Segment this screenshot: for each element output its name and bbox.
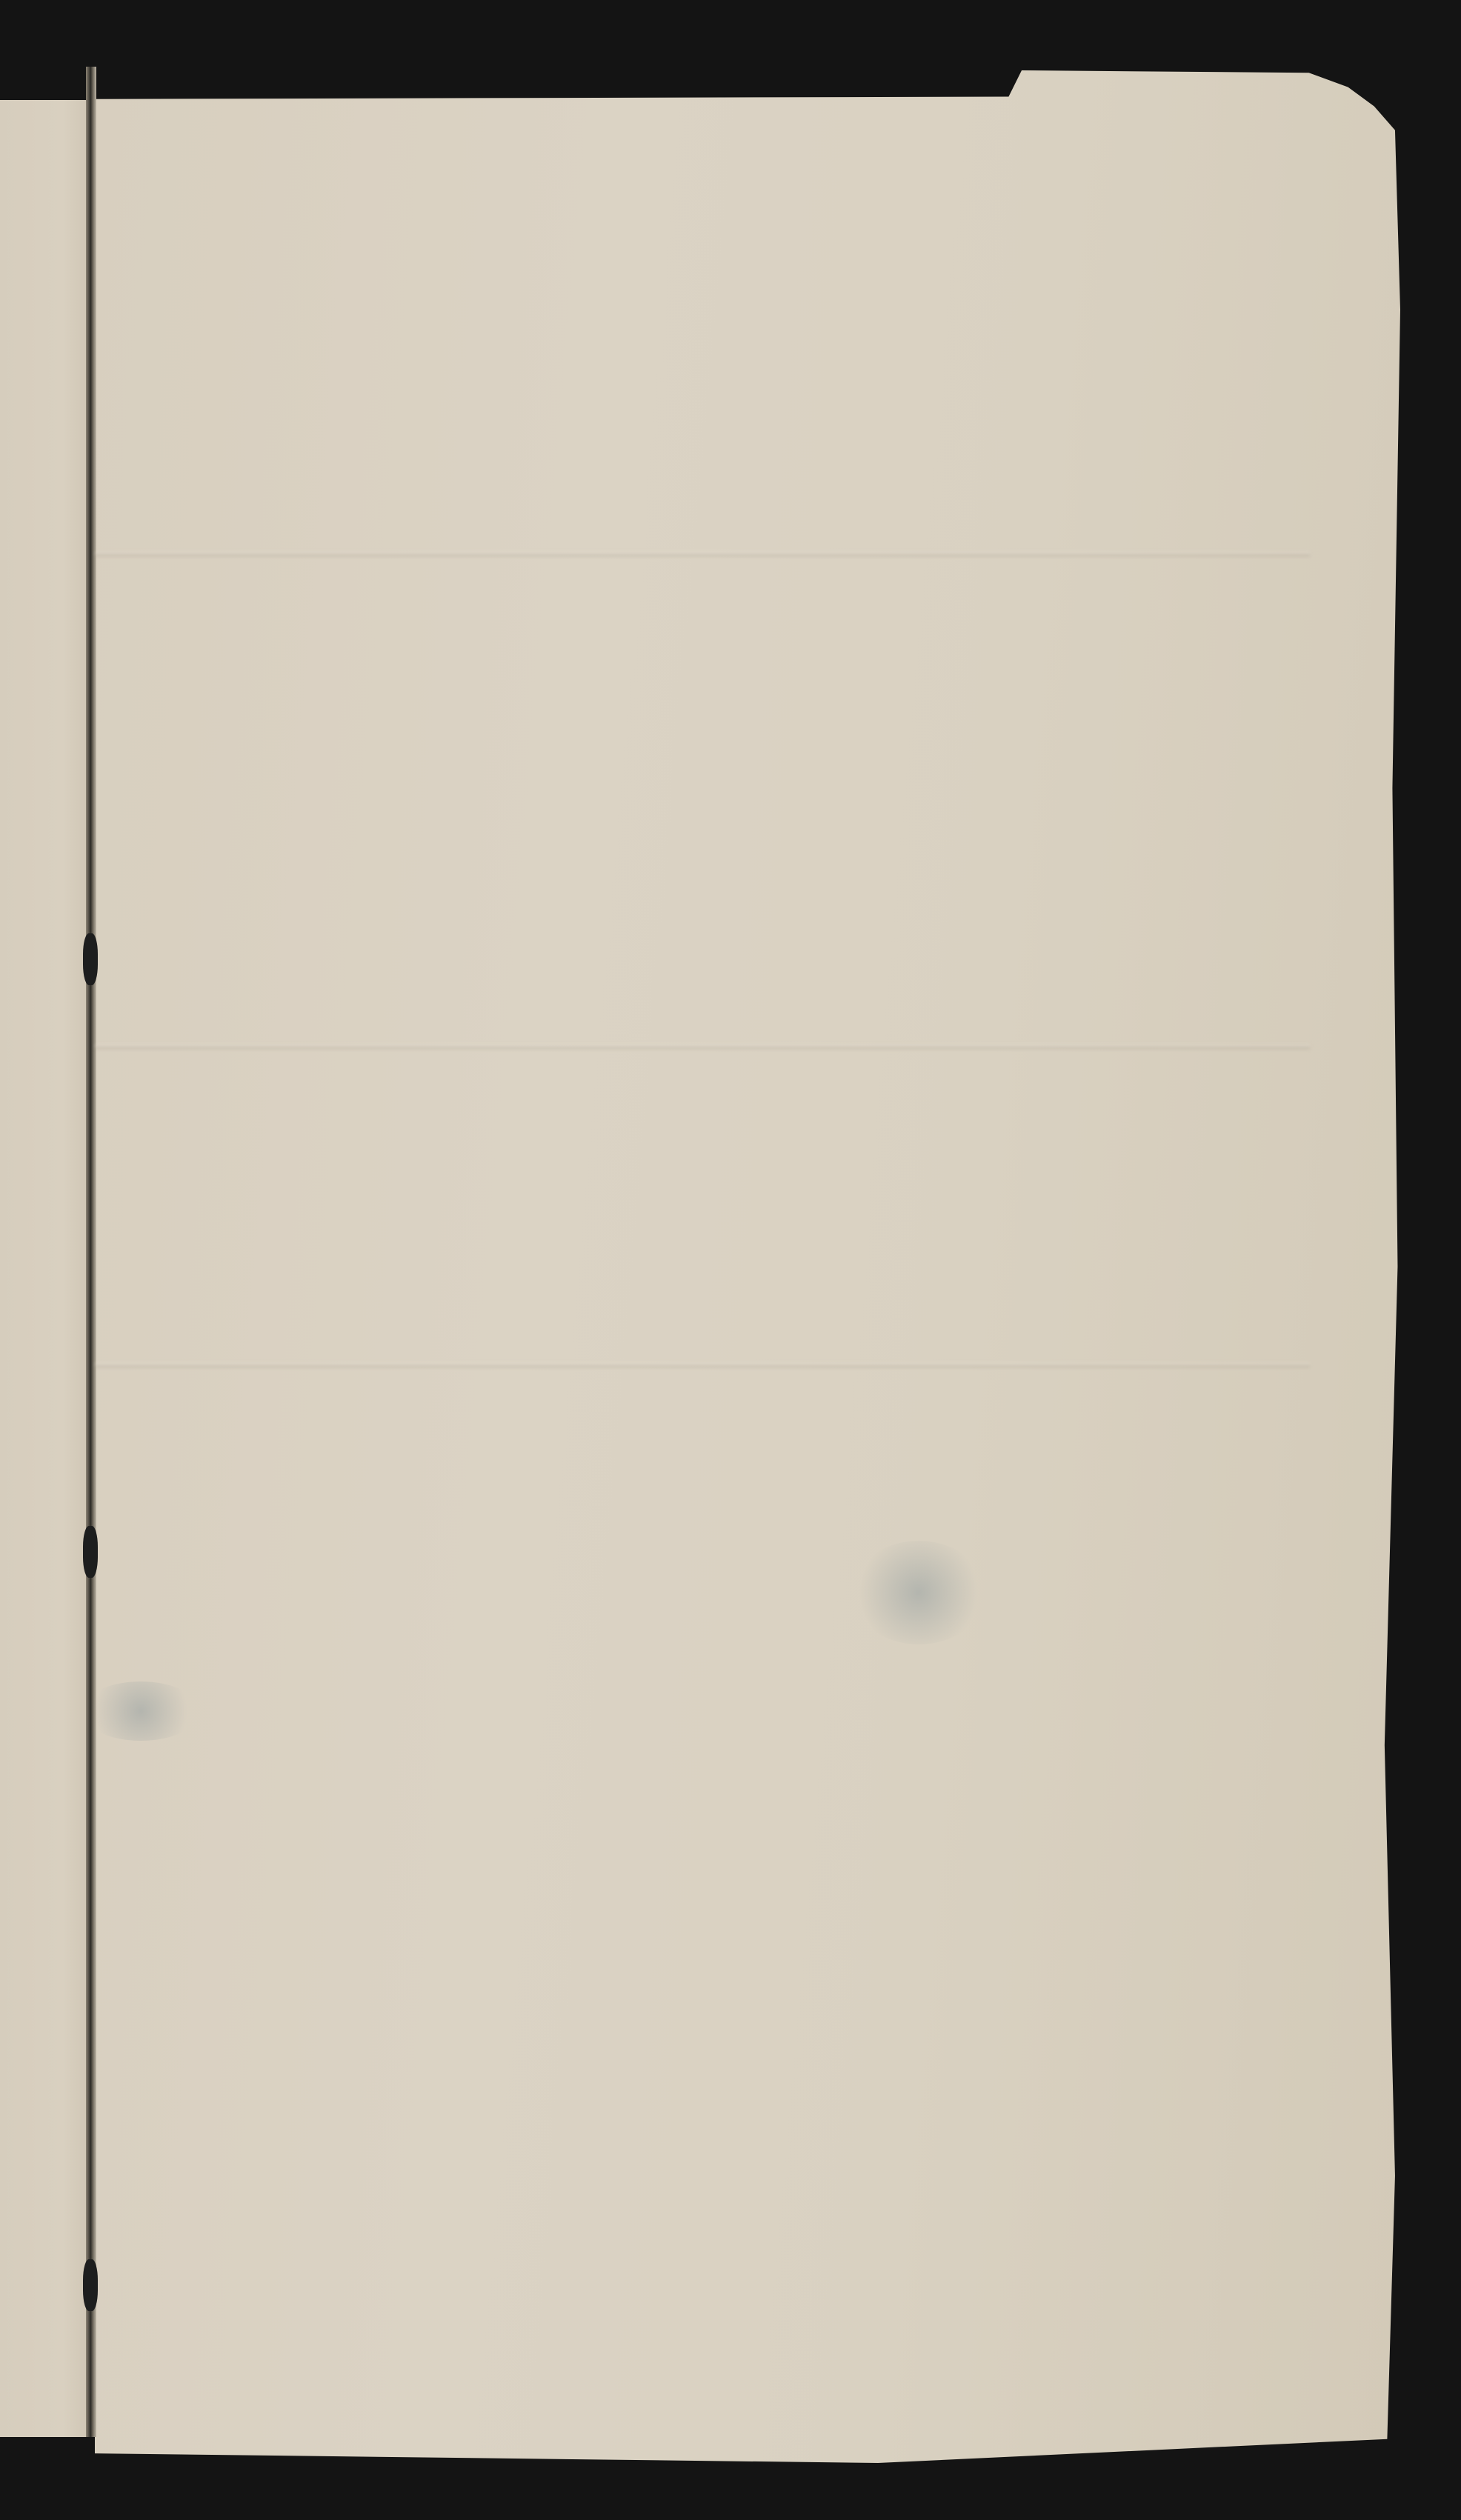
paper-fold-crease (95, 552, 1310, 556)
binding-gutter (86, 67, 96, 2437)
left-facing-leaf (0, 100, 90, 2437)
binding-stitch-hole (83, 933, 98, 985)
ink-stain (852, 1541, 985, 1644)
scanned-page-view (0, 0, 1461, 2520)
binding-stitch-hole (83, 2259, 98, 2311)
ink-stain (81, 1681, 200, 1741)
paper-fold-crease (95, 1363, 1310, 1367)
blank-paper-page (95, 70, 1400, 2463)
paper-fold-crease (95, 1044, 1310, 1049)
binding-stitch-hole (83, 1526, 98, 1578)
